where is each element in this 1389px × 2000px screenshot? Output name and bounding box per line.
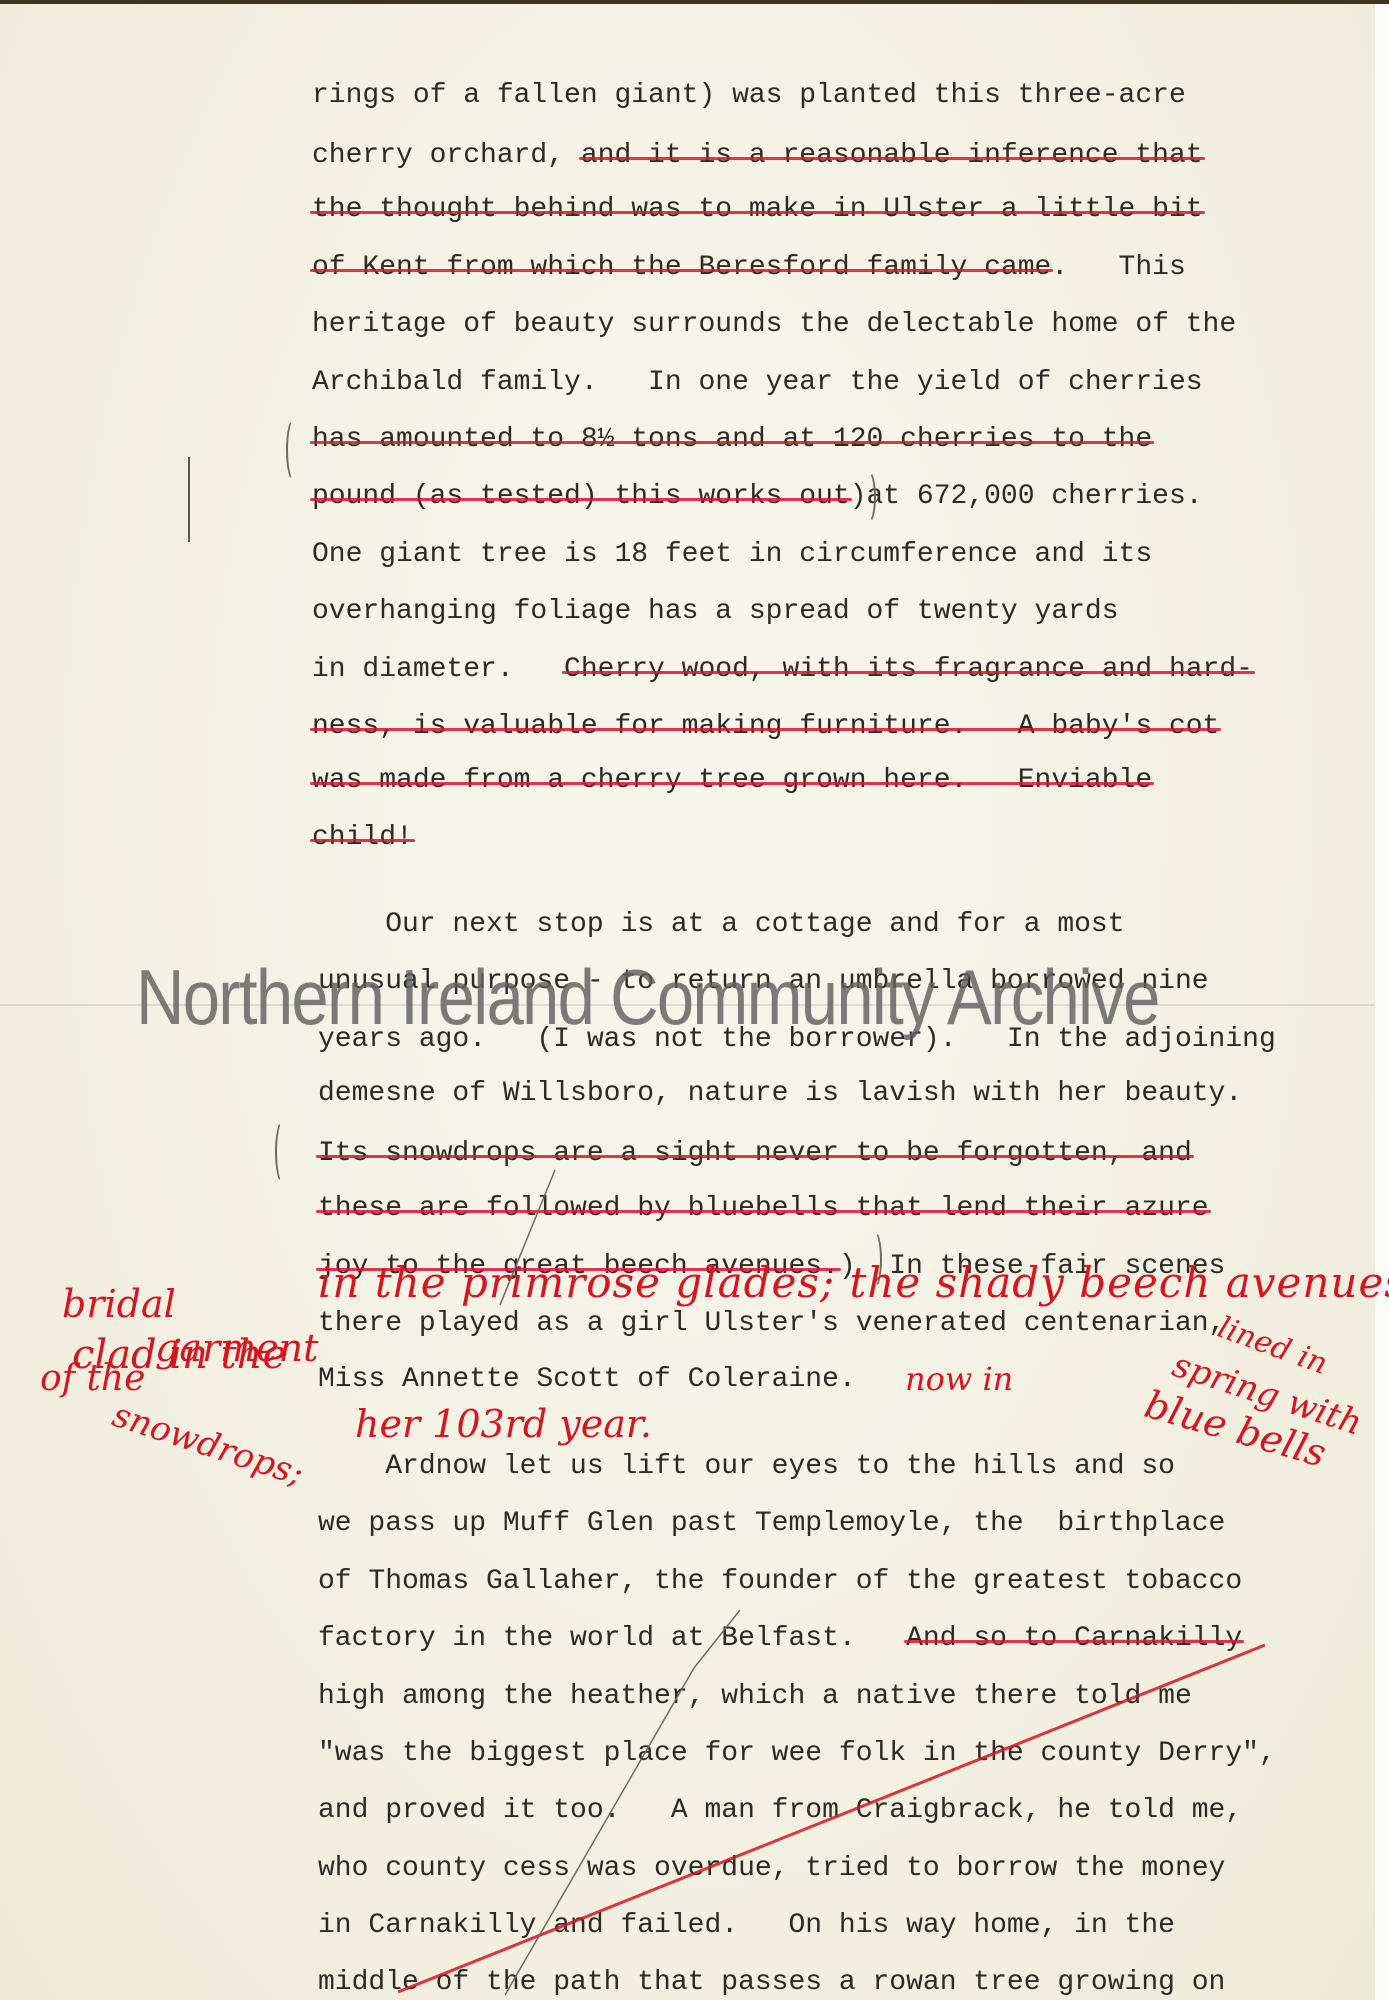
handwritten-insert: in the primrose glades; the shady beech … — [318, 1258, 1389, 1307]
note-line: bridal — [62, 1282, 176, 1326]
note-line: of the — [40, 1358, 145, 1399]
note-line: garment — [155, 1326, 318, 1370]
handwritten-insert: her 103rd year. — [355, 1402, 652, 1446]
watermark: Northern Ireland Community Archive — [136, 952, 1159, 1043]
handwritten-insert: now in — [905, 1360, 1013, 1398]
